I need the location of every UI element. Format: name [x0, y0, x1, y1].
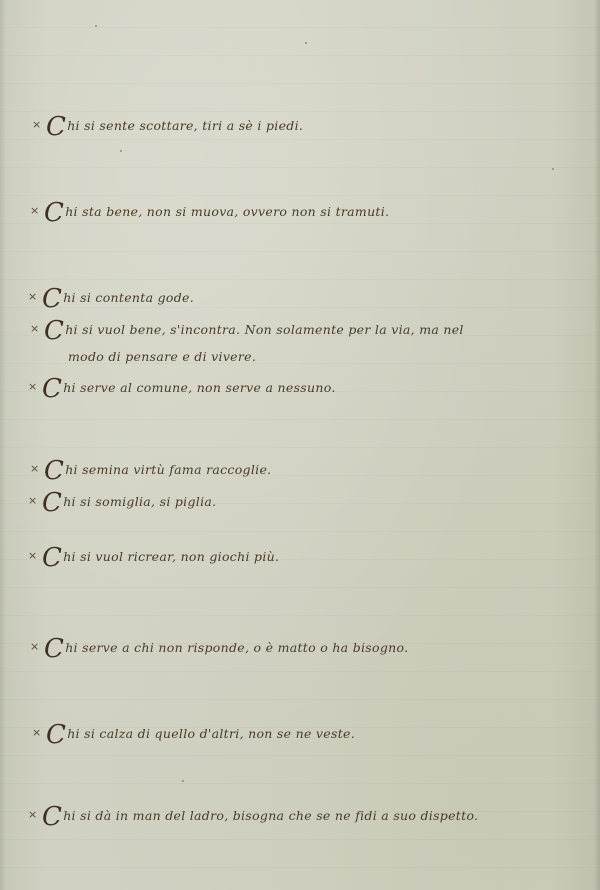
paper-speck	[305, 42, 307, 44]
cross-mark-icon: ×	[32, 118, 46, 131]
cross-mark-icon: ×	[30, 204, 44, 217]
proverb-entry-8: ×Chi si vuol ricrear, non giochi più.	[28, 543, 279, 573]
proverb-entry-3: ×Chi si contenta gode.	[28, 284, 194, 314]
proverb-entry-1: ×Chi si sente scottare, tiri a sè i pied…	[32, 112, 303, 142]
cross-mark-icon: ×	[28, 290, 42, 303]
proverb-text: hi si somiglia, si piglia.	[63, 494, 216, 509]
initial-letter: C	[46, 720, 66, 750]
proverb-text: hi si contenta gode.	[63, 290, 194, 305]
initial-letter: C	[46, 112, 66, 142]
initial-letter: C	[44, 456, 64, 486]
proverb-text: hi serve al comune, non serve a nessuno.	[63, 380, 335, 395]
cross-mark-icon: ×	[28, 549, 42, 562]
initial-letter: C	[44, 198, 64, 228]
manuscript-page: ×Chi si sente scottare, tiri a sè i pied…	[0, 0, 600, 890]
proverb-entry-9: ×Chi serve a chi non risponde, o è matto…	[30, 634, 408, 664]
cross-mark-icon: ×	[32, 726, 46, 739]
page-edge-right	[594, 0, 600, 890]
initial-letter: C	[44, 316, 64, 346]
proverb-entry-2: ×Chi sta bene, non si muova, ovvero non …	[30, 198, 389, 228]
proverb-text: hi semina virtù fama raccoglie.	[65, 462, 271, 477]
proverb-text: hi si sente scottare, tiri a sè i piedi.	[67, 118, 303, 133]
proverb-text: hi si dà in man del ladro, bisogna che s…	[63, 808, 478, 823]
cross-mark-icon: ×	[28, 494, 42, 507]
paper-speck	[120, 150, 122, 152]
initial-letter: C	[42, 488, 62, 518]
page-edge-left	[0, 0, 6, 890]
proverb-entry-4: ×Chi si vuol bene, s'incontra. Non solam…	[30, 316, 464, 346]
proverb-text: hi si vuol bene, s'incontra. Non solamen…	[65, 322, 464, 337]
cross-mark-icon: ×	[28, 380, 42, 393]
paper-speck	[552, 168, 554, 170]
initial-letter: C	[44, 634, 64, 664]
initial-letter: C	[42, 543, 62, 573]
initial-letter: C	[42, 374, 62, 404]
proverb-entry-11: ×Chi si dà in man del ladro, bisogna che…	[28, 802, 478, 832]
proverb-text-continuation: modo di pensare e di vivere.	[68, 349, 256, 364]
cross-mark-icon: ×	[30, 640, 44, 653]
proverb-text: hi si calza di quello d'altri, non se ne…	[67, 726, 355, 741]
proverb-text: hi serve a chi non risponde, o è matto o…	[65, 640, 408, 655]
paper-speck	[95, 25, 97, 27]
paper-speck	[182, 780, 184, 782]
proverb-entry-7: ×Chi si somiglia, si piglia.	[28, 488, 216, 518]
cross-mark-icon: ×	[30, 462, 44, 475]
proverb-text: hi si vuol ricrear, non giochi più.	[63, 549, 279, 564]
proverb-entry-4-continuation: modo di pensare e di vivere.	[68, 346, 256, 365]
proverb-entry-5: ×Chi serve al comune, non serve a nessun…	[28, 374, 336, 404]
cross-mark-icon: ×	[30, 322, 44, 335]
initial-letter: C	[42, 802, 62, 832]
cross-mark-icon: ×	[28, 808, 42, 821]
proverb-text: hi sta bene, non si muova, ovvero non si…	[65, 204, 389, 219]
proverb-entry-6: ×Chi semina virtù fama raccoglie.	[30, 456, 271, 486]
initial-letter: C	[42, 284, 62, 314]
proverb-entry-10: ×Chi si calza di quello d'altri, non se …	[32, 720, 355, 750]
